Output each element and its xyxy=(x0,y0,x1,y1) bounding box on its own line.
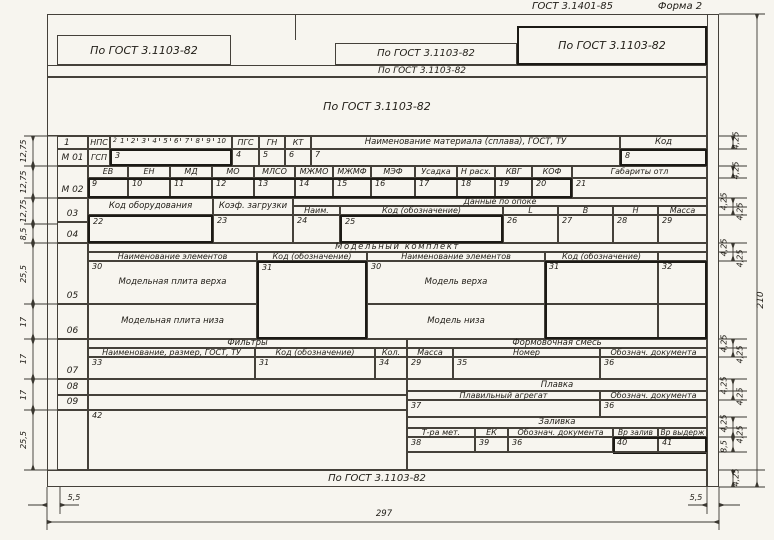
flask-name-header: Наим. xyxy=(293,206,340,215)
sand-number-header: Номер xyxy=(453,348,600,357)
field-39: 39 xyxy=(475,437,508,452)
field-34: 34 xyxy=(375,357,407,379)
material-header: Наименование материала (сплава), ГОСТ, Т… xyxy=(311,136,620,149)
field-14: 14 xyxy=(295,178,333,198)
flask-b-header: В xyxy=(558,206,613,215)
header-usadka: Усадка xyxy=(415,166,457,178)
bottom-model-cell: Модель низа xyxy=(367,304,545,339)
field-13: 13 xyxy=(254,178,295,198)
field-7: 7 xyxy=(311,149,620,166)
dim-right-425: 4,25 xyxy=(731,159,742,183)
filter-code-header: Код (обозначение) xyxy=(255,348,375,357)
field-11: 11 xyxy=(170,178,212,198)
kt-header: КТ xyxy=(285,136,311,149)
field-36-pouring: 36 xyxy=(508,437,613,452)
dim-right-425: 4,25 xyxy=(719,332,730,356)
zone-mark xyxy=(295,14,296,40)
sand-doc-header: Обознач. документа xyxy=(600,348,707,357)
ruler-pos: 8 xyxy=(195,138,202,145)
field-26: 26 xyxy=(503,215,558,243)
sand-mass-header: Масса xyxy=(407,348,453,357)
pour-time-header: Вр залив xyxy=(613,428,658,437)
ruler-pos: 2 xyxy=(131,138,138,145)
dim-right-85: 8,5 xyxy=(719,435,730,459)
dim-left-1: 12,75 xyxy=(18,137,30,165)
row-label-09: 09 xyxy=(57,395,88,410)
row-label-m02: М 02 xyxy=(57,166,88,198)
field-10: 10 xyxy=(128,178,170,198)
field-32: 32 xyxy=(658,261,707,304)
dim-right-425: 4,25 xyxy=(735,247,746,271)
row-label-04: 04 xyxy=(57,222,88,243)
ruler-pos: 5 xyxy=(163,138,170,145)
dim-left-4: 8,5 xyxy=(18,222,30,246)
gsp-header: ГСП xyxy=(88,149,110,166)
stamp-strip-upper: По ГОСТ 3.1103-82 xyxy=(47,65,707,77)
dim-bottom-width: 297 xyxy=(370,509,398,520)
field-19: 19 xyxy=(495,178,532,198)
flask-h-header: Н xyxy=(613,206,658,215)
nps-header: НПС xyxy=(88,136,110,149)
field-20: 20 xyxy=(532,178,572,198)
equipment-code-header: Код оборудования xyxy=(88,198,213,215)
dim-right-425: 4,25 xyxy=(735,200,746,224)
melting-doc-header: Обознач. документа xyxy=(600,391,707,400)
model-name-header-right: Наименование элементов xyxy=(367,252,545,261)
field-35: 35 xyxy=(453,357,600,379)
gn-header: ГН xyxy=(259,136,285,149)
field-4: 4 xyxy=(232,149,259,166)
field-31-left: 31 xyxy=(257,261,367,339)
melting-title: Плавка xyxy=(407,379,707,391)
flask-mass-header: Масса xyxy=(658,206,707,215)
top-plate-label: Модельная плита верха xyxy=(119,278,227,287)
stamp-strip-bottom: По ГОСТ 3.1103-82 xyxy=(47,470,707,487)
code-header: Код xyxy=(620,136,707,149)
dim-right-425: 4,25 xyxy=(719,412,730,436)
field-8: 8 xyxy=(620,149,707,166)
field-22: 22 xyxy=(88,215,213,243)
dim-right-425: 4,25 xyxy=(719,190,730,214)
hold-time-header: Вр выдерж xyxy=(658,428,707,437)
dim-left-8: 17 xyxy=(18,383,30,407)
field-31-right: 31 xyxy=(545,261,658,304)
dim-right-425: 4,25 xyxy=(735,343,746,367)
model-code-header-right: Код (обозначение) xyxy=(545,252,658,261)
row-label-06: 06 xyxy=(57,304,88,339)
dim-right-425: 4,25 xyxy=(731,466,742,490)
field-5: 5 xyxy=(259,149,285,166)
header-mzhmo: МЖМО xyxy=(295,166,333,178)
standard-title: ГОСТ 3.1401-85 xyxy=(505,1,640,13)
ruler-pos: 9 xyxy=(206,138,213,145)
model-code-cell-bottom xyxy=(545,304,658,339)
header-mzhmf: МЖМФ xyxy=(333,166,371,178)
field-29-sand: 29 xyxy=(407,357,453,379)
pouring-doc-header: Обознач. документа xyxy=(508,428,613,437)
field-15: 15 xyxy=(333,178,371,198)
pouring-ek-header: ЕК xyxy=(475,428,508,437)
filter-name-header: Наименование, размер, ГОСТ, ТУ xyxy=(88,348,255,357)
field-9: 9 xyxy=(88,178,128,198)
field-17: 17 xyxy=(415,178,457,198)
model-kit-title: Модельный комплект xyxy=(88,243,707,252)
stamp-box-middle: По ГОСТ 3.1103-82 xyxy=(335,43,517,65)
row-label-03: 03 xyxy=(57,198,88,222)
field-23: 23 xyxy=(213,215,293,243)
filter-qty-header: Кол. xyxy=(375,348,407,357)
dim-right-425: 4,25 xyxy=(719,374,730,398)
dim-left-5: 25,5 xyxy=(18,260,30,288)
header-nrash: Н расх. xyxy=(457,166,495,178)
dim-left-9: 25,5 xyxy=(18,426,30,454)
field-38: 38 xyxy=(407,437,475,452)
dim-left-2: 12,75 xyxy=(18,168,30,196)
bottom-plate-label: Модельная плита низа xyxy=(121,317,224,326)
flask-l-header: L xyxy=(503,206,558,215)
pouring-empty-cell xyxy=(407,452,707,470)
field-6: 6 xyxy=(285,149,311,166)
dim-right-425: 4,25 xyxy=(735,385,746,409)
header-kof: КОФ xyxy=(532,166,572,178)
field-36-melting: 36 xyxy=(600,400,707,417)
field-28: 28 xyxy=(613,215,658,243)
row-08-cell xyxy=(88,379,407,395)
field-16: 16 xyxy=(371,178,415,198)
model-code-header-left: Код (обозначение) xyxy=(257,252,367,261)
field-18: 18 xyxy=(457,178,495,198)
form-number: Форма 2 xyxy=(645,1,715,13)
top-model-cell: 30Модель верха xyxy=(367,261,545,304)
ruler-pos: 1 xyxy=(120,138,127,145)
pouring-temp-header: Т-ра мет. xyxy=(407,428,475,437)
top-model-label: Модель верха xyxy=(425,278,488,287)
ruler-pos: 6 xyxy=(174,138,181,145)
stamp-box-left: По ГОСТ 3.1103-82 xyxy=(57,35,231,65)
field-24: 24 xyxy=(293,215,340,243)
row-label-08: 08 xyxy=(57,379,88,395)
field-21: 21 xyxy=(572,178,707,198)
row-label-07: 07 xyxy=(57,339,88,379)
field-12: 12 xyxy=(212,178,254,198)
dim-total-height: 210 xyxy=(755,287,767,313)
filters-title: Фильтры xyxy=(88,339,407,348)
ruler-prefix: 2 xyxy=(113,138,117,144)
dim-bottom-left: 5,5 xyxy=(62,493,86,503)
molding-sand-title: Формовочная смесь xyxy=(407,339,707,348)
model-name-header-left: Наименование элементов xyxy=(88,252,257,261)
row-label-05: 05 xyxy=(57,243,88,304)
header-md: МД xyxy=(170,166,212,178)
row-label-empty xyxy=(57,410,88,470)
field-37: 37 xyxy=(407,400,600,417)
header-kvg: КВГ xyxy=(495,166,532,178)
field-33: 33 xyxy=(88,357,255,379)
field-31-filter: 31 xyxy=(255,357,375,379)
row-label-1: 1 xyxy=(57,136,88,149)
bottom-model-label: Модель низа xyxy=(427,317,485,326)
ruler-pos: 7 xyxy=(185,138,192,145)
top-plate-cell: 30Модельная плита верха xyxy=(88,261,257,304)
load-factor-header: Коэф. загрузки xyxy=(213,198,293,215)
right-gutter-line xyxy=(707,14,708,487)
field-40: 40 xyxy=(613,437,658,452)
ruler-pos: 4 xyxy=(152,138,159,145)
stamp-strip-main: По ГОСТ 3.1103-82 xyxy=(47,77,707,136)
model-code-header-extra xyxy=(658,252,707,261)
pouring-title: Заливка xyxy=(407,417,707,428)
gost-form-drawing: ГОСТ 3.1401-85 Форма 2 По ГОСТ 3.1103-82… xyxy=(0,0,774,540)
dim-left-7: 17 xyxy=(18,347,30,371)
model-code-cell-bottom-extra xyxy=(658,304,707,339)
flask-data-title: Данные по опоке xyxy=(293,198,707,206)
field-41: 41 xyxy=(658,437,707,452)
dim-left-6: 17 xyxy=(18,310,30,334)
dim-right-425: 4,25 xyxy=(731,129,742,153)
header-gabarity: Габариты отл xyxy=(572,166,707,178)
field-3: 3 xyxy=(110,149,232,166)
stamp-box-right: По ГОСТ 3.1103-82 xyxy=(517,26,707,65)
ruler-pos: 3 xyxy=(142,138,149,145)
pgs-header: ПГС xyxy=(232,136,259,149)
dim-right-425: 4,25 xyxy=(719,236,730,260)
header-en: ЕН xyxy=(128,166,170,178)
field-29: 29 xyxy=(658,215,707,243)
dim-right-425: 4,25 xyxy=(735,423,746,447)
row-label-m01: М 01 xyxy=(57,149,88,166)
char-position-ruler: 2 1 2 3 4 5 6 7 8 9 10 xyxy=(110,136,232,149)
melting-unit-header: Плавильный агрегат xyxy=(407,391,600,400)
ruler-pos: 10 xyxy=(217,138,228,145)
header-ev: ЕВ xyxy=(88,166,128,178)
field-27: 27 xyxy=(558,215,613,243)
bottom-plate-cell: Модельная плита низа xyxy=(88,304,257,339)
header-mlso: МЛСО xyxy=(254,166,295,178)
dim-left-3: 12,75 xyxy=(18,197,30,225)
flask-code-header: Код (обозначение) xyxy=(340,206,503,215)
field-42: 42 xyxy=(88,410,407,470)
row-09-cell xyxy=(88,395,407,410)
dim-bottom-right: 5,5 xyxy=(684,493,708,503)
header-mo: МО xyxy=(212,166,254,178)
field-36-sand: 36 xyxy=(600,357,707,379)
header-mef: МЭФ xyxy=(371,166,415,178)
field-25: 25 xyxy=(340,215,503,243)
